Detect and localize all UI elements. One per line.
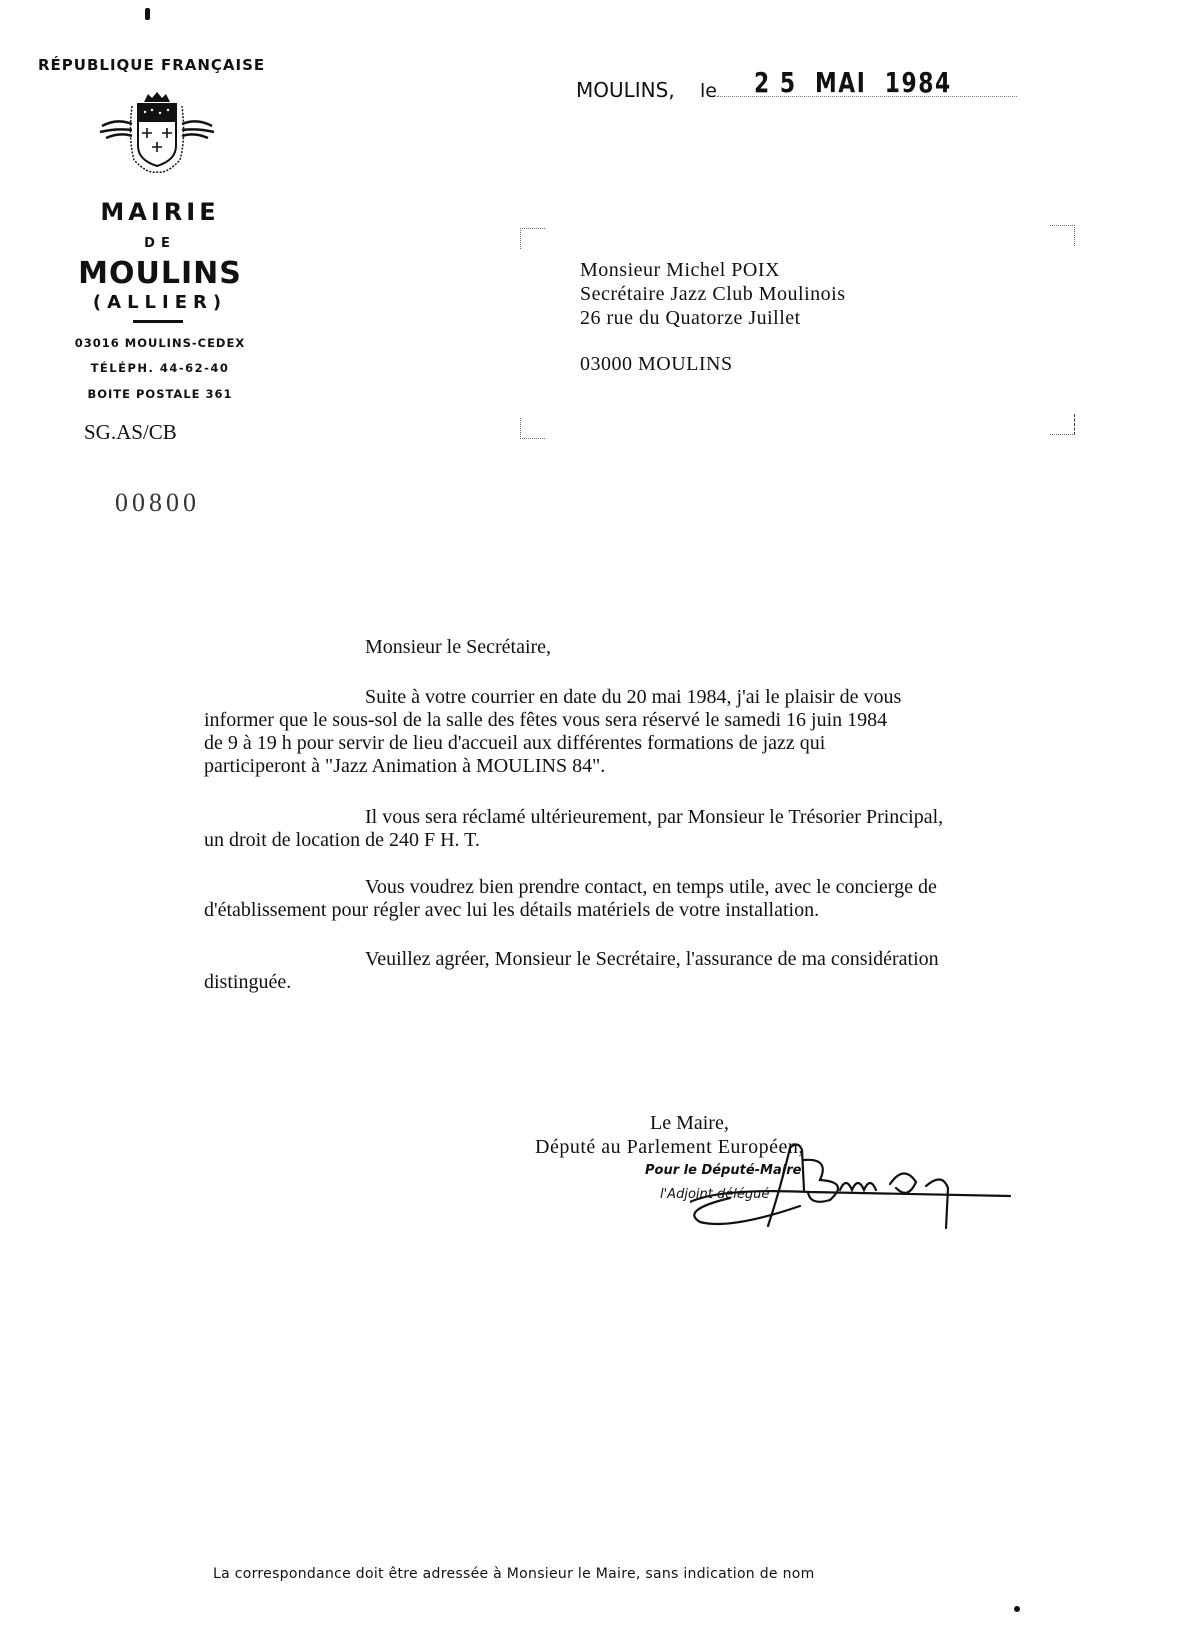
dateline-place: MOULINS,: [576, 78, 675, 102]
paragraph-line: Veuillez agréer, Monsieur le Secrétaire,…: [204, 948, 1154, 971]
paragraph-line: participeront à "Jazz Animation à MOULIN…: [204, 755, 1154, 778]
ink-mark: [145, 8, 150, 20]
paragraph-line: Suite à votre courrier en date du 20 mai…: [204, 686, 1154, 709]
salutation: Monsieur le Secrétaire,: [365, 636, 551, 659]
phone-number: TÉLÉPH. 44-62-40: [40, 361, 280, 375]
body-paragraph: Il vous sera réclamé ultérieurement, par…: [204, 806, 1154, 852]
ink-dot: [1014, 1606, 1020, 1612]
recipient-title: Secrétaire Jazz Club Moulinois: [580, 282, 846, 306]
paragraph-line: Vous voudrez bien prendre contact, en te…: [204, 876, 1154, 899]
po-box: BOITE POSTALE 361: [40, 387, 280, 401]
paragraph-line: d'établissement pour régler avec lui les…: [204, 899, 1154, 922]
recipient-street: 26 rue du Quatorze Juillet: [580, 306, 846, 330]
address-window-corner: [1050, 414, 1075, 435]
dateline-le: le: [700, 80, 717, 102]
institution-title: MAIRIE: [40, 198, 280, 226]
address-window-corner: [520, 228, 545, 249]
body-paragraph: Vous voudrez bien prendre contact, en te…: [204, 876, 1154, 922]
recipient-city: 03000 MOULINS: [580, 352, 846, 376]
address-window-corner: [520, 418, 545, 439]
handwritten-signature-icon: [690, 1130, 1030, 1240]
paragraph-line: informer que le sous-sol de la salle des…: [204, 709, 1154, 732]
recipient-name: Monsieur Michel POIX: [580, 258, 846, 282]
coat-of-arms-icon: [92, 88, 222, 178]
postal-address: 03016 MOULINS-CEDEX: [40, 336, 280, 350]
paragraph-line: Il vous sera réclamé ultérieurement, par…: [204, 806, 1154, 829]
reference-code: SG.AS/CB: [84, 420, 177, 445]
city-title: MOULINS: [40, 256, 280, 291]
body-paragraph: Veuillez agréer, Monsieur le Secrétaire,…: [204, 948, 1154, 994]
letterhead-divider: [133, 320, 183, 323]
registration-number: 00800: [115, 488, 200, 518]
footer-notice: La correspondance doit être adressée à M…: [213, 1566, 815, 1582]
institution-connector: DE: [40, 236, 280, 251]
letter-date: 2 5 MAI 1984: [754, 66, 952, 99]
paragraph-line: distinguée.: [204, 971, 1154, 994]
paragraph-line: de 9 à 19 h pour servir de lieu d'accuei…: [204, 732, 1154, 755]
paragraph-line: un droit de location de 240 F H. T.: [204, 829, 1154, 852]
recipient-address: Monsieur Michel POIX Secrétaire Jazz Clu…: [580, 258, 846, 376]
country-header: RÉPUBLIQUE FRANÇAISE: [38, 56, 265, 74]
body-paragraph: Suite à votre courrier en date du 20 mai…: [204, 686, 1154, 778]
address-window-corner: [1050, 225, 1075, 246]
department-title: (ALLIER): [40, 292, 280, 313]
